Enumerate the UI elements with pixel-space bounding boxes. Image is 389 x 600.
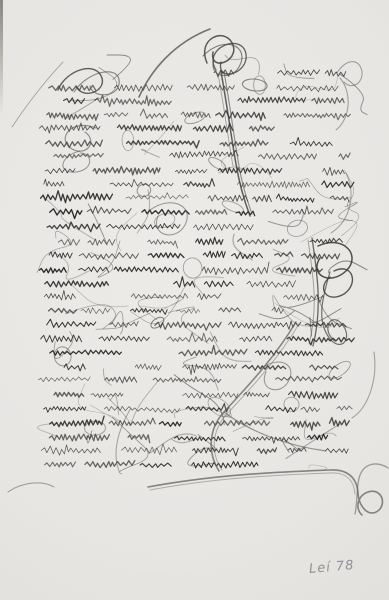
artwork-paper: Leí 78: [0, 0, 389, 600]
asemic-text-lines: [39, 70, 355, 469]
asemic-writing-drawing: [0, 0, 389, 600]
